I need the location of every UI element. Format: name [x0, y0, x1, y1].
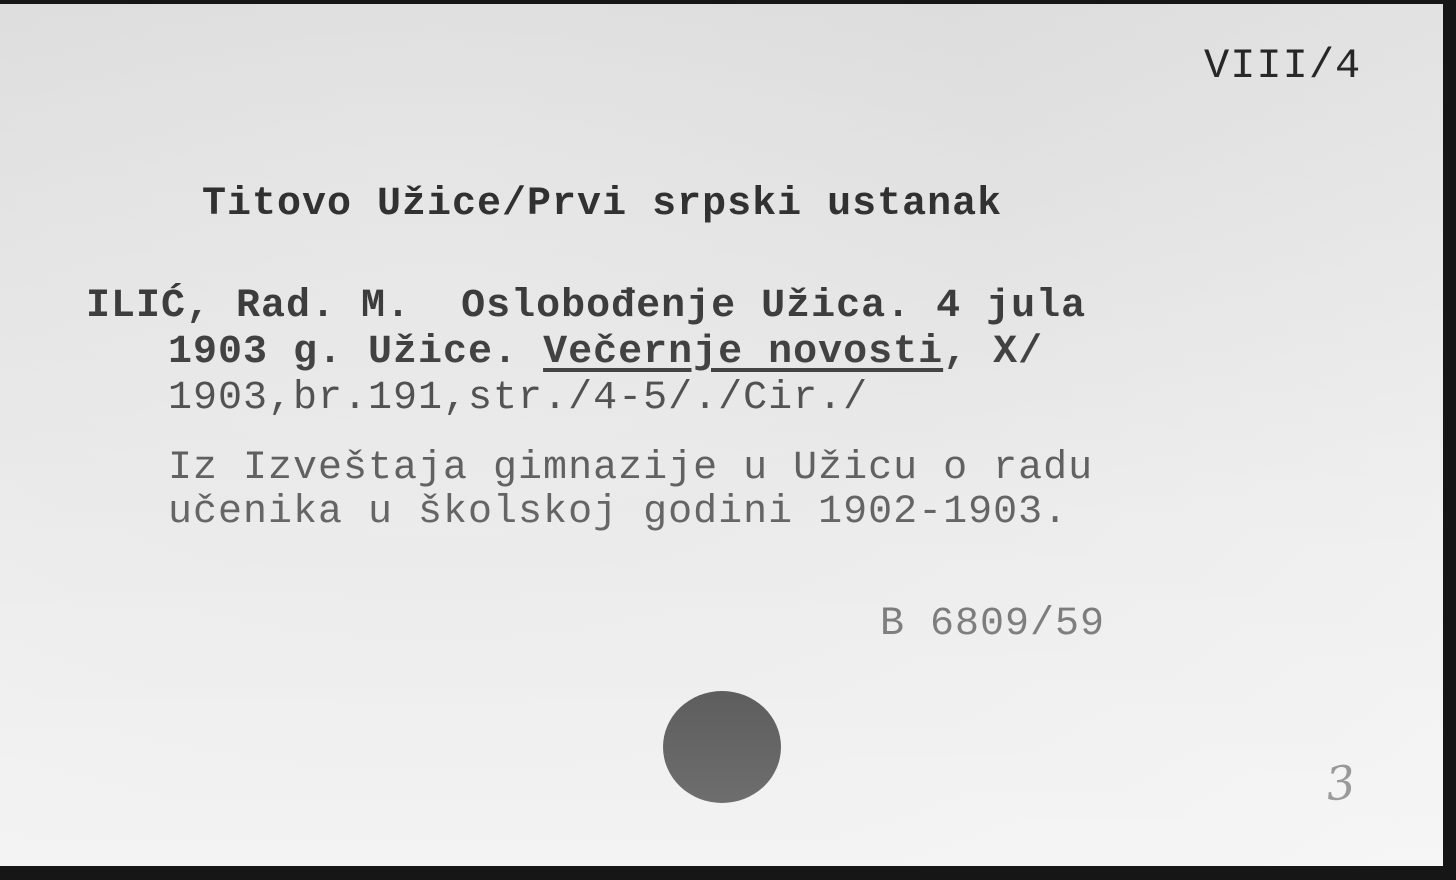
- entry-line-2: 1903 g. Užice. Večernje novosti, X/: [168, 330, 1043, 375]
- punch-hole-icon: [663, 691, 781, 803]
- call-number: B 6809/59: [880, 602, 1105, 647]
- handwritten-mark: 3: [1323, 755, 1358, 812]
- author: ILIĆ, Rad. M.: [86, 284, 411, 329]
- entry-line-1: ILIĆ, Rad. M. Oslobođenje Užica. 4 jula: [86, 284, 1086, 329]
- catalog-card: VIII/4 Titovo Užice/Prvi srpski ustanak …: [0, 4, 1443, 866]
- note-line-1: Iz Izveštaja gimnazije u Užicu o radu: [168, 446, 1093, 491]
- shelf-signature: VIII/4: [1204, 42, 1361, 90]
- periodical-title: Večernje novosti: [543, 330, 943, 375]
- subject-heading: Titovo Užice/Prvi srpski ustanak: [202, 182, 1002, 227]
- entry-line-3: 1903,br.191,str./4-5/./Cir./: [168, 376, 868, 421]
- note-line-2: učenika u školskoj godini 1902-1903.: [168, 490, 1068, 535]
- article-title: Oslobođenje Užica. 4 jula: [461, 284, 1086, 329]
- publication-place: 1903 g. Užice.: [168, 330, 543, 375]
- volume: , X/: [943, 330, 1043, 375]
